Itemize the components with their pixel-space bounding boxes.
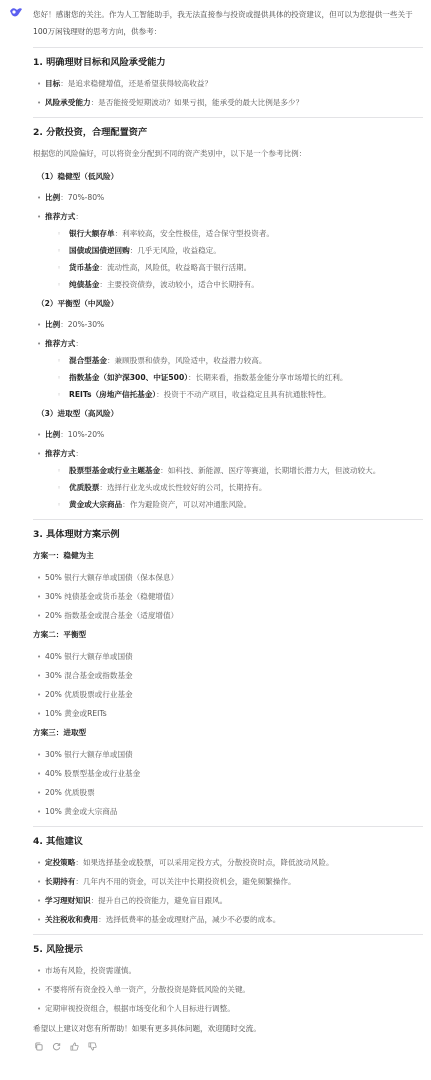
list-item: 比例：70%-80%: [33, 191, 423, 205]
list-item: 市场有风险，投资需谨慎。: [33, 964, 423, 978]
list-item: 比例：10%-20%: [33, 428, 423, 442]
thumbs-down-icon: [88, 1042, 97, 1051]
section-heading: 5. 风险提示: [33, 943, 423, 957]
sub-list-item: 国债或国债逆回购：几乎无风险，收益稳定。: [45, 244, 423, 258]
list-item: 10% 黄金或REITs: [33, 707, 423, 721]
regenerate-button[interactable]: [52, 1042, 61, 1051]
list-item: 10% 黄金或大宗商品: [33, 805, 423, 819]
risk-list: 市场有风险，投资需谨慎。 不要将所有资金投入单一资产，分散投资是降低风险的关键。…: [33, 964, 423, 1016]
copy-icon: [34, 1042, 43, 1051]
item-text: ：主要投资债券，波动较小，适合中长期持有。: [99, 280, 258, 289]
item-label: 混合型基金: [69, 356, 107, 365]
dislike-button[interactable]: [88, 1042, 97, 1051]
divider: [33, 519, 423, 520]
sub-list-item: 货币基金：流动性高，风险低，收益略高于银行活期。: [45, 261, 423, 275]
list-item: 40% 银行大额存单或国债: [33, 650, 423, 664]
list-item: 推荐方式： 银行大额存单：利率较高，安全性极佳，适合保守型投资者。 国债或国债逆…: [33, 210, 423, 292]
like-button[interactable]: [70, 1042, 79, 1051]
plan-list: 40% 银行大额存单或国债 30% 混合基金或指数基金 20% 优质股票或行业基…: [33, 650, 423, 721]
list-item: 目标：是追求稳健增值，还是希望获得较高收益？: [33, 77, 423, 91]
section-heading: 3. 具体理财方案示例: [33, 528, 423, 542]
divider: [33, 117, 423, 118]
list-item: 学习理财知识：提升自己的投资能力，避免盲目跟风。: [33, 894, 423, 908]
divider: [33, 934, 423, 935]
section-heading: 2. 分散投资，合理配置资产: [33, 126, 423, 140]
list-item: 风险承受能力：是否能接受短期波动？如果亏损，能承受的最大比例是多少？: [33, 96, 423, 110]
sub-list: 银行大额存单：利率较高，安全性极佳，适合保守型投资者。 国债或国债逆回购：几乎无…: [45, 227, 423, 292]
plan-list: 50% 银行大额存单或国债（保本保息） 30% 纯债基金或货币基金（稳健增值） …: [33, 571, 423, 623]
section-heading: 1. 明确理财目标和风险承受能力: [33, 56, 423, 70]
item-label: 定投策略: [45, 858, 75, 867]
list-item: 30% 银行大额存单或国债: [33, 748, 423, 762]
item-label: 比例: [45, 320, 60, 329]
item-label: 比例: [45, 430, 60, 439]
item-text: ：10%-20%: [60, 430, 104, 439]
section-desc: 根据您的风险偏好，可以将资金分配到不同的资产类别中，以下是一个参考比例：: [33, 147, 423, 161]
item-label: 长期持有: [45, 877, 75, 886]
list-item: 30% 混合基金或指数基金: [33, 669, 423, 683]
list-item: 长期持有：几年内不用的资金，可以关注中长期投资机会，避免频繁操作。: [33, 875, 423, 889]
item-label: 银行大额存单: [69, 229, 115, 238]
sub-list-item: 黄金或大宗商品：作为避险资产，可以对冲通胀风险。: [45, 498, 423, 512]
item-text: ：是追求稳健增值，还是希望获得较高收益？: [60, 79, 212, 88]
item-label: 货币基金: [69, 263, 99, 272]
group-list: 比例：70%-80% 推荐方式： 银行大额存单：利率较高，安全性极佳，适合保守型…: [33, 191, 423, 292]
item-text: ：作为避险资产，可以对冲通胀风险。: [122, 500, 251, 509]
section-heading: 4. 其他建议: [33, 835, 423, 849]
list-item: 关注税收和费用：选择低费率的基金或理财产品，减少不必要的成本。: [33, 913, 423, 927]
item-label: 纯债基金: [69, 280, 99, 289]
sub-list: 股票型基金或行业主题基金：如科技、新能源、医疗等赛道，长期增长潜力大，但波动较大…: [45, 464, 423, 512]
assistant-logo-icon: [9, 6, 23, 18]
item-label: 风险承受能力: [45, 98, 91, 107]
thumbs-up-icon: [70, 1042, 79, 1051]
plan-list: 30% 银行大额存单或国债 40% 股票型基金或行业基金 20% 优质股票 10…: [33, 748, 423, 819]
list-item: 20% 优质股票: [33, 786, 423, 800]
copy-button[interactable]: [34, 1042, 43, 1051]
item-text: ：兼顾股票和债券，风险适中，收益潜力较高。: [107, 356, 266, 365]
item-label: 比例: [45, 193, 60, 202]
list-item: 20% 指数基金或混合基金（适度增值）: [33, 609, 423, 623]
group-heading: （2）平衡型（中风险）: [37, 297, 423, 311]
intro-text: 您好！感谢您的关注。作为人工智能助手，我无法直接参与投资或提供具体的投资建议，但…: [33, 6, 423, 40]
sub-list-item: 优质股票：选择行业龙头或成长性较好的公司，长期持有。: [45, 481, 423, 495]
item-text: ：投资于不动产项目，收益稳定且具有抗通胀特性。: [156, 390, 331, 399]
goal-list: 目标：是追求稳健增值，还是希望获得较高收益？ 风险承受能力：是否能接受短期波动？…: [33, 77, 423, 110]
item-text: ：: [75, 449, 83, 458]
group-list: 比例：20%-30% 推荐方式： 混合型基金：兼顾股票和债券，风险适中，收益潜力…: [33, 318, 423, 402]
list-item: 推荐方式： 混合型基金：兼顾股票和债券，风险适中，收益潜力较高。 指数基金（如沪…: [33, 337, 423, 402]
list-item: 40% 股票型基金或行业基金: [33, 767, 423, 781]
item-text: ：流动性高，风险低，收益略高于银行活期。: [99, 263, 251, 272]
item-text: ：是否能接受短期波动？如果亏损，能承受的最大比例是多少？: [91, 98, 304, 107]
sub-list-item: 指数基金（如沪深300、中证500）：长期来看，指数基金能分享市场增长的红利。: [45, 371, 423, 385]
item-label: REITs（房地产信托基金）: [69, 390, 156, 399]
item-text: ：长期来看，指数基金能分享市场增长的红利。: [188, 373, 347, 382]
refresh-icon: [52, 1042, 61, 1051]
sub-list-item: 股票型基金或行业主题基金：如科技、新能源、医疗等赛道，长期增长潜力大，但波动较大…: [45, 464, 423, 478]
list-item: 30% 纯债基金或货币基金（稳健增值）: [33, 590, 423, 604]
item-text: ：70%-80%: [60, 193, 104, 202]
plan-heading: 方案二：平衡型: [33, 628, 423, 642]
list-item: 推荐方式： 股票型基金或行业主题基金：如科技、新能源、医疗等赛道，长期增长潜力大…: [33, 447, 423, 512]
item-label: 股票型基金或行业主题基金: [69, 466, 160, 475]
list-item: 定期审视投资组合，根据市场变化和个人目标进行调整。: [33, 1002, 423, 1016]
item-label: 黄金或大宗商品: [69, 500, 122, 509]
closing-text: 希望以上建议对您有所帮助！如果有更多具体问题，欢迎随时交流。: [33, 1022, 423, 1036]
list-item: 比例：20%-30%: [33, 318, 423, 332]
list-item: 20% 优质股票或行业基金: [33, 688, 423, 702]
list-item: 不要将所有资金投入单一资产，分散投资是降低风险的关键。: [33, 983, 423, 997]
group-heading: （3）进取型（高风险）: [37, 407, 423, 421]
item-text: ：几年内不用的资金，可以关注中长期投资机会，避免频繁操作。: [75, 877, 295, 886]
list-item: 50% 银行大额存单或国债（保本保息）: [33, 571, 423, 585]
item-label: 学习理财知识: [45, 896, 91, 905]
item-text: ：: [75, 212, 83, 221]
item-text: ：如果选择基金或股票，可以采用定投方式，分散投资时点，降低波动风险。: [75, 858, 333, 867]
sub-list-item: 混合型基金：兼顾股票和债券，风险适中，收益潜力较高。: [45, 354, 423, 368]
plan-heading: 方案三：进取型: [33, 726, 423, 740]
assistant-message: 您好！感谢您的关注。作为人工智能助手，我无法直接参与投资或提供具体的投资建议，但…: [0, 0, 431, 1051]
item-label: 优质股票: [69, 483, 99, 492]
item-text: ：选择低费率的基金或理财产品，减少不必要的成本。: [98, 915, 280, 924]
divider: [33, 826, 423, 827]
divider: [33, 47, 423, 48]
item-text: ：利率较高，安全性极佳，适合保守型投资者。: [115, 229, 274, 238]
item-label: 关注税收和费用: [45, 915, 98, 924]
sub-list-item: 银行大额存单：利率较高，安全性极佳，适合保守型投资者。: [45, 227, 423, 241]
group-heading: （1）稳健型（低风险）: [37, 170, 423, 184]
item-text: ：: [75, 339, 83, 348]
sub-list-item: REITs（房地产信托基金）：投资于不动产项目，收益稳定且具有抗通胀特性。: [45, 388, 423, 402]
message-actions: [34, 1042, 423, 1051]
item-label: 推荐方式: [45, 339, 75, 348]
item-label: 国债或国债逆回购: [69, 246, 130, 255]
item-text: ：选择行业龙头或成长性较好的公司，长期持有。: [99, 483, 266, 492]
item-label: 指数基金（如沪深300、中证500）: [69, 373, 188, 382]
list-item: 定投策略：如果选择基金或股票，可以采用定投方式，分散投资时点，降低波动风险。: [33, 856, 423, 870]
item-label: 推荐方式: [45, 212, 75, 221]
sub-list: 混合型基金：兼顾股票和债券，风险适中，收益潜力较高。 指数基金（如沪深300、中…: [45, 354, 423, 402]
advice-list: 定投策略：如果选择基金或股票，可以采用定投方式，分散投资时点，降低波动风险。 长…: [33, 856, 423, 927]
item-label: 推荐方式: [45, 449, 75, 458]
item-label: 目标: [45, 79, 60, 88]
item-text: ：20%-30%: [60, 320, 104, 329]
item-text: ：提升自己的投资能力，避免盲目跟风。: [91, 896, 228, 905]
group-list: 比例：10%-20% 推荐方式： 股票型基金或行业主题基金：如科技、新能源、医疗…: [33, 428, 423, 512]
item-text: ：如科技、新能源、医疗等赛道，长期增长潜力大，但波动较大。: [160, 466, 380, 475]
item-text: ：几乎无风险，收益稳定。: [130, 246, 221, 255]
plan-heading: 方案一：稳健为主: [33, 549, 423, 563]
sub-list-item: 纯债基金：主要投资债券，波动较小，适合中长期持有。: [45, 278, 423, 292]
